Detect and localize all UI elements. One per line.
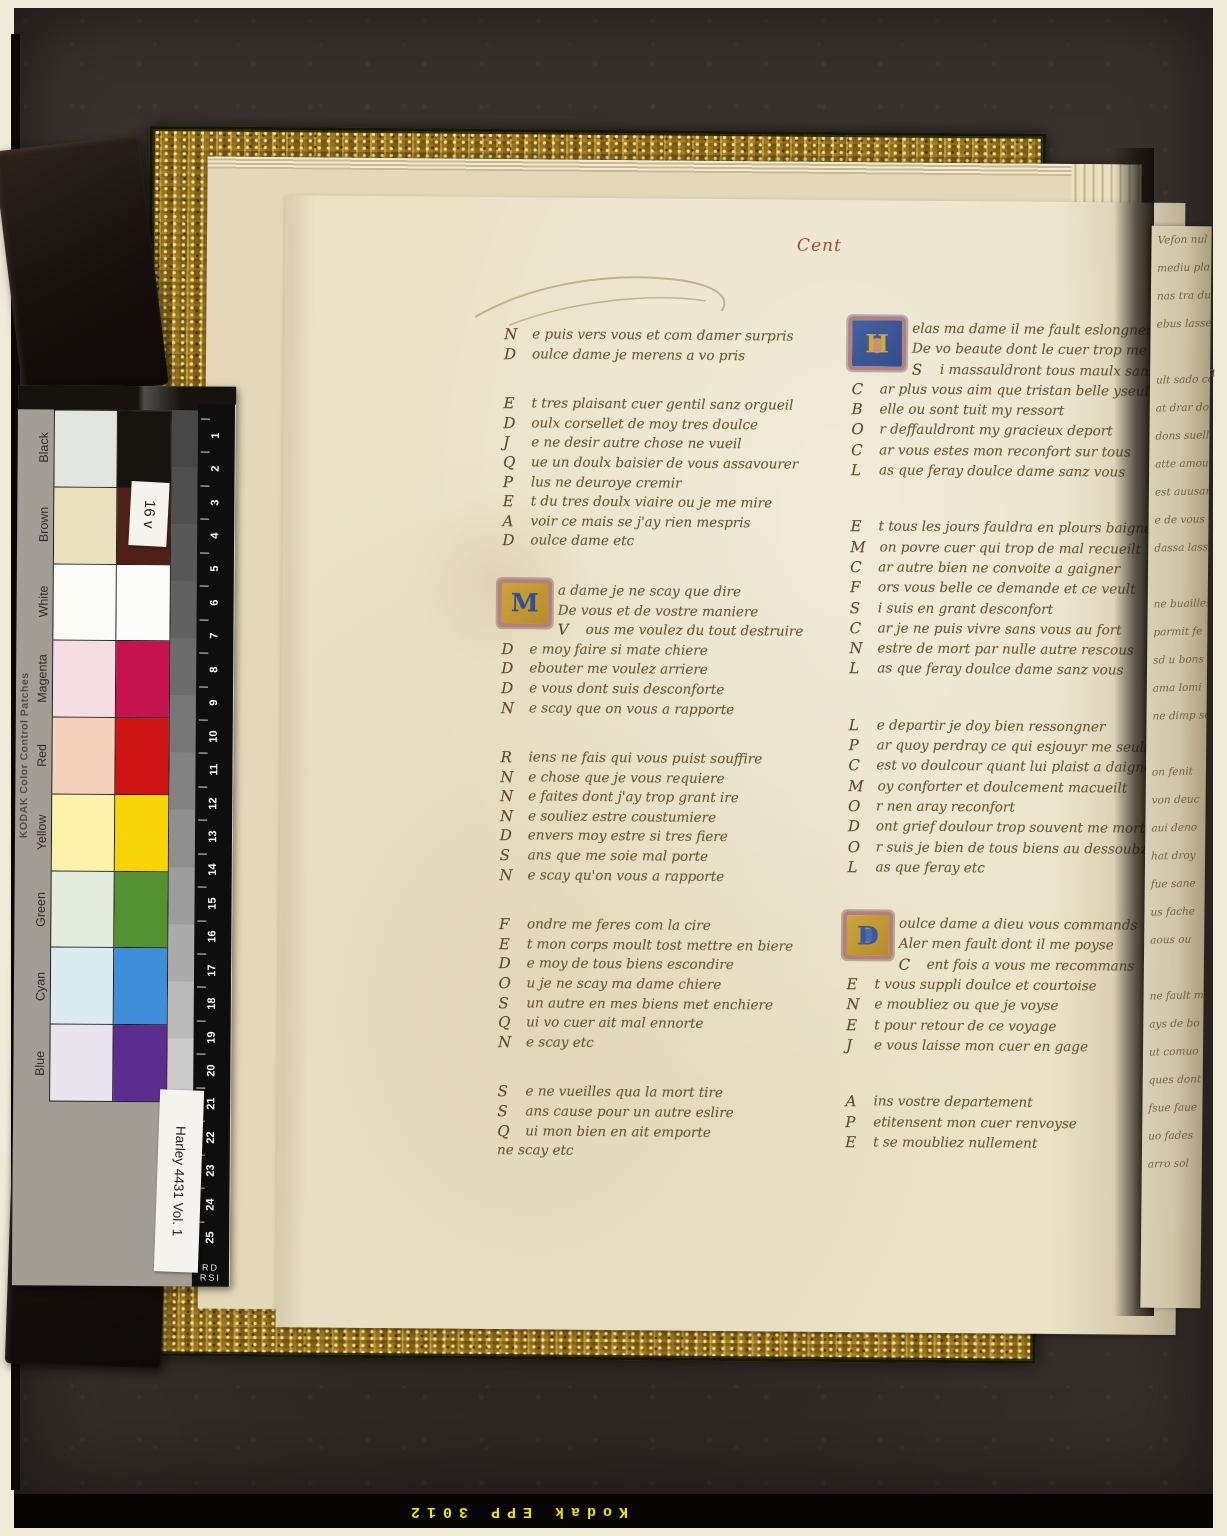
facing-page-strip: Vefon nulmediu planas tra dudebus lasse … (1140, 226, 1211, 1309)
ruler-cell: 9 (196, 686, 233, 720)
stanza: Et tres plaisant cuer gentil sanz orguei… (502, 394, 843, 554)
patch-label: Green (34, 892, 48, 927)
verse-text: e scay que on vous a rapporte (529, 699, 734, 720)
ruler-number: 11 (208, 764, 220, 776)
patch-label-cell: Green (31, 871, 51, 948)
patch-label: Blue (33, 1050, 47, 1075)
ruler-number: 20 (206, 1064, 218, 1076)
patch-tint-magenta (53, 641, 117, 717)
verse-initial: D (503, 414, 517, 434)
verse-line: Ne scay etc (498, 1033, 838, 1056)
ruler-cell: 17 (194, 953, 231, 987)
ruler-cell: 2 (197, 452, 234, 486)
verse-text: e moubliez ou que je voyse (874, 995, 1058, 1017)
ruler-number: 25 (205, 1232, 217, 1244)
verse-initial: E (846, 1015, 860, 1035)
stanza: Riens ne fais qui vous puist souffireNe … (499, 748, 840, 888)
verse-initial: L (847, 857, 861, 877)
patch-label: Red (35, 744, 49, 767)
patch-label-cell: White (33, 563, 53, 640)
verse-text: e vous laisse mon cuer en gage (874, 1035, 1088, 1057)
verse-text: ar vous estes mon reconfort sur tous (879, 440, 1131, 462)
verse-text: on povre cuer qui trop de mal recueilt (880, 537, 1141, 560)
ruler-number: 2 (210, 466, 222, 472)
facing-text-fragment: us fache (1144, 897, 1204, 926)
patch-label: Yellow (34, 814, 48, 850)
verse-text: ont grief doulour trop souvent me mort (876, 817, 1145, 840)
verse-initial: C (851, 440, 865, 460)
patch-row-magenta (53, 641, 170, 719)
verse-text: ar je ne puis vivre sans vous au fort (878, 618, 1122, 640)
patch-row-green (51, 871, 168, 949)
shelfmark-sticker: Harley 4431 Vol. 1 (154, 1089, 204, 1272)
verse-initial: R (500, 748, 514, 768)
running-title: Cent (797, 236, 842, 256)
facing-text-fragment: on fenit (1146, 757, 1206, 786)
stanza: Fondre me feres com la cireEt mon corps … (498, 915, 839, 1055)
patch-row-black (54, 411, 171, 489)
facing-text-fragment: mediu pla (1151, 253, 1211, 282)
facing-text-fragment (1150, 337, 1210, 366)
patch-label-cell: Black (34, 409, 54, 486)
verse-initial: E (503, 492, 517, 512)
verse-initial: C (899, 954, 913, 974)
facing-text-fragment: ut comuo (1143, 1037, 1203, 1066)
ruler-cell: 4 (197, 519, 234, 553)
ruler-number: 23 (205, 1165, 217, 1177)
facing-text-fragment: dons suelli (1149, 421, 1209, 450)
verse-text: t se moubliez nullement (873, 1132, 1037, 1154)
verse-initial: D (500, 827, 514, 847)
facing-text-fragment: ebus lasse n (1150, 309, 1210, 338)
verse-line: Vous me voulez du tout destruire (558, 621, 842, 643)
patch-solid-black (117, 411, 171, 487)
facing-text-fragment: arro sol (1142, 1149, 1202, 1178)
verse-initial: O (848, 837, 862, 857)
facing-text-fragment: von deuc (1145, 785, 1205, 814)
ruler-cell: 19 (193, 1020, 230, 1054)
verse-initial: C (850, 557, 864, 577)
patch-row-white (53, 564, 170, 642)
ruler-cell: 1 (198, 419, 235, 453)
verse-text: e scay etc (526, 1033, 594, 1053)
verse-initial: L (851, 460, 865, 480)
wedge-step-10 (168, 924, 194, 981)
verse-text: oulx corsellet de moy tres doulce (531, 414, 758, 436)
ruler-cell: 5 (197, 552, 234, 586)
photo-mount: Cent Ne puis vers vous et com damer surp… (0, 0, 1227, 1536)
verse-text: r suis je bien de tous biens au dessoubz (876, 837, 1148, 860)
patch-label-cell: Blue (30, 1024, 50, 1101)
patch-solid-magenta (116, 641, 170, 717)
facing-text-fragment: ne dimp so (1146, 701, 1206, 730)
ruler-cell: 18 (194, 987, 231, 1021)
ruler-cell: 16 (194, 920, 231, 954)
verse-text: u je ne scay ma dame chiere (526, 974, 721, 995)
verse-text: iens ne fais qui vous puist souffire (528, 748, 762, 770)
wedge-step-5 (170, 639, 196, 696)
wedge-step-6 (170, 696, 196, 753)
patch-solid-blue (113, 1025, 167, 1101)
film-caption: Kodak EPP 3012 (404, 1503, 628, 1520)
verse-initial: J (503, 433, 517, 453)
ruler-cell: 15 (194, 887, 231, 921)
ruler-cell: 20 (193, 1054, 230, 1088)
facing-text-fragment: sd u bons bu (1147, 645, 1207, 674)
wedge-step-9 (168, 867, 194, 924)
verse-initial: F (499, 915, 513, 935)
patch-tint-red (52, 718, 116, 794)
patch-tint-black (54, 411, 118, 487)
facing-text-fragment: uo fades (1142, 1121, 1202, 1150)
verse-text: ans cause pour un autre eslire (525, 1102, 733, 1123)
verse-text: oulce dame a dieu vous commands (899, 916, 1137, 934)
verse-initial: D (504, 345, 518, 365)
ruler-cell: 7 (196, 619, 233, 653)
facing-text-fragment (1146, 729, 1206, 758)
ruler-number: 9 (208, 700, 220, 706)
verse-line: Doulce dame etc (502, 531, 842, 554)
verse-text: r deffauldront my gracieux deport (879, 420, 1112, 442)
verse-text: r nen aray reconfort (876, 796, 1015, 818)
verse-initial: N (500, 807, 514, 827)
verse-initial: N (846, 994, 860, 1014)
verse-text: ondre me feres com la cire (527, 916, 711, 937)
verse-initial: E (846, 974, 860, 994)
wedge-step-2 (171, 467, 197, 524)
manuscript-book: Cent Ne puis vers vous et com damer surp… (139, 126, 1212, 1363)
patch-label-cell: Magenta (33, 640, 53, 717)
verse-text: ins vostre departement (873, 1092, 1032, 1114)
patch-tint-cyan (51, 948, 115, 1024)
ruler-cell: 6 (197, 586, 234, 620)
patch-solid-yellow (115, 795, 169, 871)
patch-solid-cyan (114, 948, 168, 1024)
manuscript-page-16v: Cent Ne puis vers vous et com damer surp… (276, 195, 1186, 1335)
ruler-number: 3 (210, 499, 222, 505)
ruler-number: 12 (208, 797, 220, 809)
verse-initial: A (502, 512, 516, 532)
patch-label: Magenta (35, 654, 49, 703)
ruler-cell: 11 (195, 753, 232, 787)
page-stack: Cent Ne puis vers vous et com damer surp… (198, 157, 1142, 1317)
verse-initial: S (497, 1082, 511, 1102)
patch-row-cyan (51, 948, 168, 1026)
verse-text: oulce dame je merens a vo pris (532, 345, 745, 366)
verse-initial: P (849, 735, 863, 755)
verse-text: e souliez estre coustumiere (528, 807, 716, 828)
verse-text: ans que me soie mal porte (528, 846, 709, 867)
verse-initial: N (504, 325, 518, 345)
patch-solid-white (116, 565, 170, 641)
verse-text: e scay qu'on vous a rapporte (527, 866, 724, 887)
verse-text: as que feray doulce dame sanz vous (877, 659, 1123, 681)
verse-text: ors vous belle ce demande et ce veult (878, 578, 1136, 601)
verse-text: as que feray etc (875, 857, 984, 878)
verse-initial: Q (498, 1013, 512, 1033)
verse-text: as que feray doulce dame sanz vous (879, 460, 1125, 482)
verse-initial: D (502, 531, 516, 551)
wedge-step-7 (169, 753, 195, 810)
verse-initial: E (845, 1132, 859, 1152)
patch-tint-blue (50, 1025, 114, 1101)
patch-row-red (52, 718, 169, 796)
verse-initial: S (500, 846, 514, 866)
verse-initial: D (848, 816, 862, 836)
verse-initial: J (846, 1035, 860, 1055)
ruler-cell: 10 (196, 719, 233, 753)
verse-initial: S (498, 994, 512, 1014)
verse-text: t tres plaisant cuer gentil sanz orgueil (532, 395, 794, 417)
ruler-number: 18 (206, 998, 218, 1010)
facing-text-fragment: e de vous veu (1148, 505, 1208, 534)
verse-initial: V (558, 621, 572, 641)
verse-text: t pour retour de ce voyage (874, 1015, 1056, 1037)
facing-text-fragment (1148, 561, 1208, 590)
verse-initial: N (500, 787, 514, 807)
text-column-left: Ne puis vers vous et com damer surprisDo… (497, 325, 845, 1194)
verse-text: e departir je doy bien ressongner (877, 715, 1106, 737)
wedge-step-1 (172, 410, 198, 467)
patch-tint-brown (54, 487, 118, 563)
facing-text-fragment: at drar don (1150, 393, 1210, 422)
verse-text: e vous dont suis desconforte (529, 679, 724, 700)
verse-text: t mon corps moult tost mettre en biere (527, 935, 793, 957)
verse-text: ne scay etc (497, 1142, 574, 1159)
verse-initial: Q (503, 453, 517, 473)
verse-initial: C (852, 379, 866, 399)
facing-text-fragment: ne fault me (1143, 981, 1203, 1010)
ruler-number: 15 (207, 897, 219, 909)
ruler-number: 19 (206, 1031, 218, 1043)
verse-text: ue un doulx baisier de vous assavourer (531, 453, 798, 475)
verse-initial: P (845, 1112, 859, 1132)
verse-text: estre de mort par nulle autre rescous (877, 639, 1134, 662)
facing-text-fragment: ama lomi (1147, 673, 1207, 702)
ruler-cell: 12 (195, 786, 232, 820)
verse-initial: N (849, 638, 863, 658)
verse-initial: E (504, 394, 518, 414)
verse-text: e ne desir autre chose ne vueil (531, 434, 741, 455)
verse-line: Ne scay que on vous a rapporte (501, 699, 841, 722)
verse-line: De vous et de vostre maniere (502, 601, 842, 624)
facing-text-fragment: ays de bo (1143, 1009, 1203, 1038)
patch-label: Black (37, 433, 51, 464)
verse-initial: O (848, 796, 862, 816)
ruler-number: 24 (205, 1198, 217, 1210)
verse-text: ar autre bien ne convoite a gaigner (878, 557, 1120, 579)
verse-text: oulce dame etc (530, 532, 634, 552)
verse-initial: L (849, 659, 863, 679)
ruler-number: 21 (206, 1098, 218, 1110)
kodak-color-card: KODAK Color Control Patches BlackBrownWh… (12, 385, 236, 1287)
patch-label: Brown (37, 507, 51, 543)
ruler-cell: 13 (195, 820, 232, 854)
verse-initial: A (845, 1091, 859, 1111)
facing-text-fragment: atte amour (1149, 449, 1209, 478)
verse-text: un autre en mes biens met enchiere (526, 994, 773, 1016)
verse-initial: S (850, 598, 864, 618)
illuminated-initial-D: D (847, 915, 889, 955)
verse-text: ebouter me voulez arriere (529, 660, 708, 681)
ruler-number: 4 (210, 533, 222, 539)
verse-initial: N (498, 1033, 512, 1053)
stanza: Se ne vueilles qua la mort tireSans caus… (497, 1082, 838, 1163)
folio-number-sticker: 16 v (128, 481, 169, 547)
verse-text: e moy faire si mate chiere (529, 640, 707, 661)
facing-text-fragment: est auusart (1149, 477, 1209, 506)
verse-initial: N (501, 699, 515, 719)
ruler-cell: 3 (197, 485, 234, 519)
ruler-number: 13 (207, 830, 219, 842)
patch-row-blue (50, 1025, 167, 1102)
verse-initial: Q (497, 1122, 511, 1142)
verse-initial: N (499, 866, 513, 886)
verse-initial: E (499, 935, 513, 955)
facing-text-fragment: aui deno (1145, 813, 1205, 842)
patch-tint-green (51, 871, 115, 947)
verse-initial: M (848, 776, 864, 796)
verse-initial: N (500, 768, 514, 788)
patch-label-cell: Red (32, 717, 52, 794)
verse-initial: D (501, 679, 515, 699)
patch-label-cell: Cyan (31, 948, 51, 1025)
verse-text: t du tres doulx viaire ou je me mire (531, 492, 773, 514)
illuminated-initial-M: M (502, 583, 548, 623)
verse-text: t vous suppli doulce et courtoise (874, 974, 1096, 996)
wedge-step-11 (168, 981, 194, 1038)
verse-text: etitensent mon cuer renvoyse (873, 1112, 1077, 1134)
verse-text: a dame je ne scay que dire (558, 583, 741, 601)
verse-initial: D (501, 659, 515, 679)
illuminated-initial-H: H (852, 320, 902, 366)
facing-text-fragment: Vefon nul (1151, 226, 1211, 255)
verse-text: e faites dont j'ay trop grant ire (528, 788, 739, 809)
verse-text: Aler men fault dont il me poyse (899, 936, 1114, 954)
verse-line: Doulce dame je merens a vo pris (504, 345, 844, 368)
wedge-step-12 (167, 1038, 193, 1095)
facing-text-fragment: ult sado co (1150, 365, 1210, 394)
verse-initial: M (850, 537, 866, 557)
facing-text-fragment: nas tra dud (1151, 281, 1211, 310)
facing-text-fragment: ne buailles (1148, 589, 1208, 618)
facing-text-fragment: hat droy (1145, 841, 1205, 870)
ruler-number: 22 (205, 1131, 217, 1143)
verse-initial: P (503, 473, 517, 493)
verse-text: ent fois a vous me recommans (927, 955, 1135, 977)
ruler-number: 8 (209, 666, 221, 672)
facing-text-fragment: aous ou (1144, 925, 1204, 954)
verse-text: e moy de tous biens escondire (527, 955, 734, 976)
verse-text: oy conforter et doulcement macueilt (878, 776, 1128, 798)
verse-text: e puis vers vous et com damer surpris (532, 325, 793, 347)
verse-initial: F (850, 577, 864, 597)
ruler-number: 7 (209, 633, 221, 639)
verse-line: ne scay etc (497, 1141, 837, 1164)
ruler-number: 1 (210, 432, 222, 438)
verse-initial: C (850, 618, 864, 638)
verse-initial: D (499, 955, 513, 975)
verse-initial: S (912, 359, 926, 379)
patch-label-cell: Yellow (32, 794, 52, 871)
stanza: Ne puis vers vous et com damer surprisDo… (504, 325, 844, 367)
verse-initial: D (501, 640, 515, 660)
stanza: Ma dame je ne scay que direDe vous et de… (501, 581, 842, 721)
verse-text: e chose que je vous requiere (528, 768, 724, 789)
ruler-cell: 8 (196, 653, 233, 687)
verse-text: e ne vueilles qua la mort tire (525, 1083, 723, 1104)
ruler-number: 5 (209, 566, 221, 572)
patch-label: Cyan (33, 971, 47, 1000)
verse-initial: B (851, 399, 865, 419)
verse-text: voir ce mais se j'ay rien mespris (530, 512, 750, 534)
facing-text-fragment: fue sane (1145, 869, 1205, 898)
patch-solid-green (114, 872, 168, 948)
ruler-number: 17 (207, 964, 219, 976)
ruler-cell: 14 (195, 853, 232, 887)
ruler-number: 16 (207, 931, 219, 943)
verse-initial: C (848, 755, 862, 775)
patch-label-cell: Brown (34, 486, 54, 563)
verse-line: Ne scay qu'on vous a rapporte (499, 866, 839, 889)
verse-text: De vous et de vostre maniere (558, 602, 759, 620)
verse-text: lus ne deuroye cremir (531, 473, 682, 494)
wedge-step-8 (169, 810, 195, 867)
verse-initial: E (850, 517, 864, 537)
verse-initial: L (849, 715, 863, 735)
facing-text-fragment: fsue faue (1142, 1093, 1202, 1122)
patch-tint-white (53, 564, 117, 640)
verse-text: i suis en grant desconfort (878, 598, 1053, 620)
ruler-number: 6 (209, 599, 221, 605)
facing-text-fragment (1144, 953, 1204, 982)
ruler-number: 14 (207, 864, 219, 876)
verse-initial: S (497, 1102, 511, 1122)
patch-row-yellow (52, 794, 169, 872)
film-rebate-strip: Kodak EPP 3012 (14, 1494, 1213, 1528)
verse-text: ui vo cuer ait mal ennorte (526, 1014, 703, 1035)
verse-initial: O (851, 420, 865, 440)
verse-initial: O (498, 974, 512, 994)
verse-text: ui mon bien en ait emporte (525, 1122, 711, 1143)
verse-text: ous me voulez du tout destruire (586, 621, 804, 642)
verse-text: ar quoy perdray ce qui esjouyr me seult (877, 735, 1150, 758)
facing-text-fragment: dassa lasse (1148, 533, 1208, 562)
verse-text: envers moy estre si tres fiere (528, 827, 728, 848)
verse-text: elle ou sont tuit my ressort (879, 400, 1064, 422)
patch-label: White (36, 586, 50, 618)
wedge-step-3 (171, 524, 197, 581)
facing-text-fragment: ques dont (1143, 1065, 1203, 1094)
patch-tint-yellow (52, 794, 116, 870)
wedge-step-4 (170, 582, 196, 639)
ruler-number: 10 (208, 730, 220, 742)
patch-solid-red (115, 718, 169, 794)
facing-text-fragment: parmit fe (1147, 617, 1207, 646)
